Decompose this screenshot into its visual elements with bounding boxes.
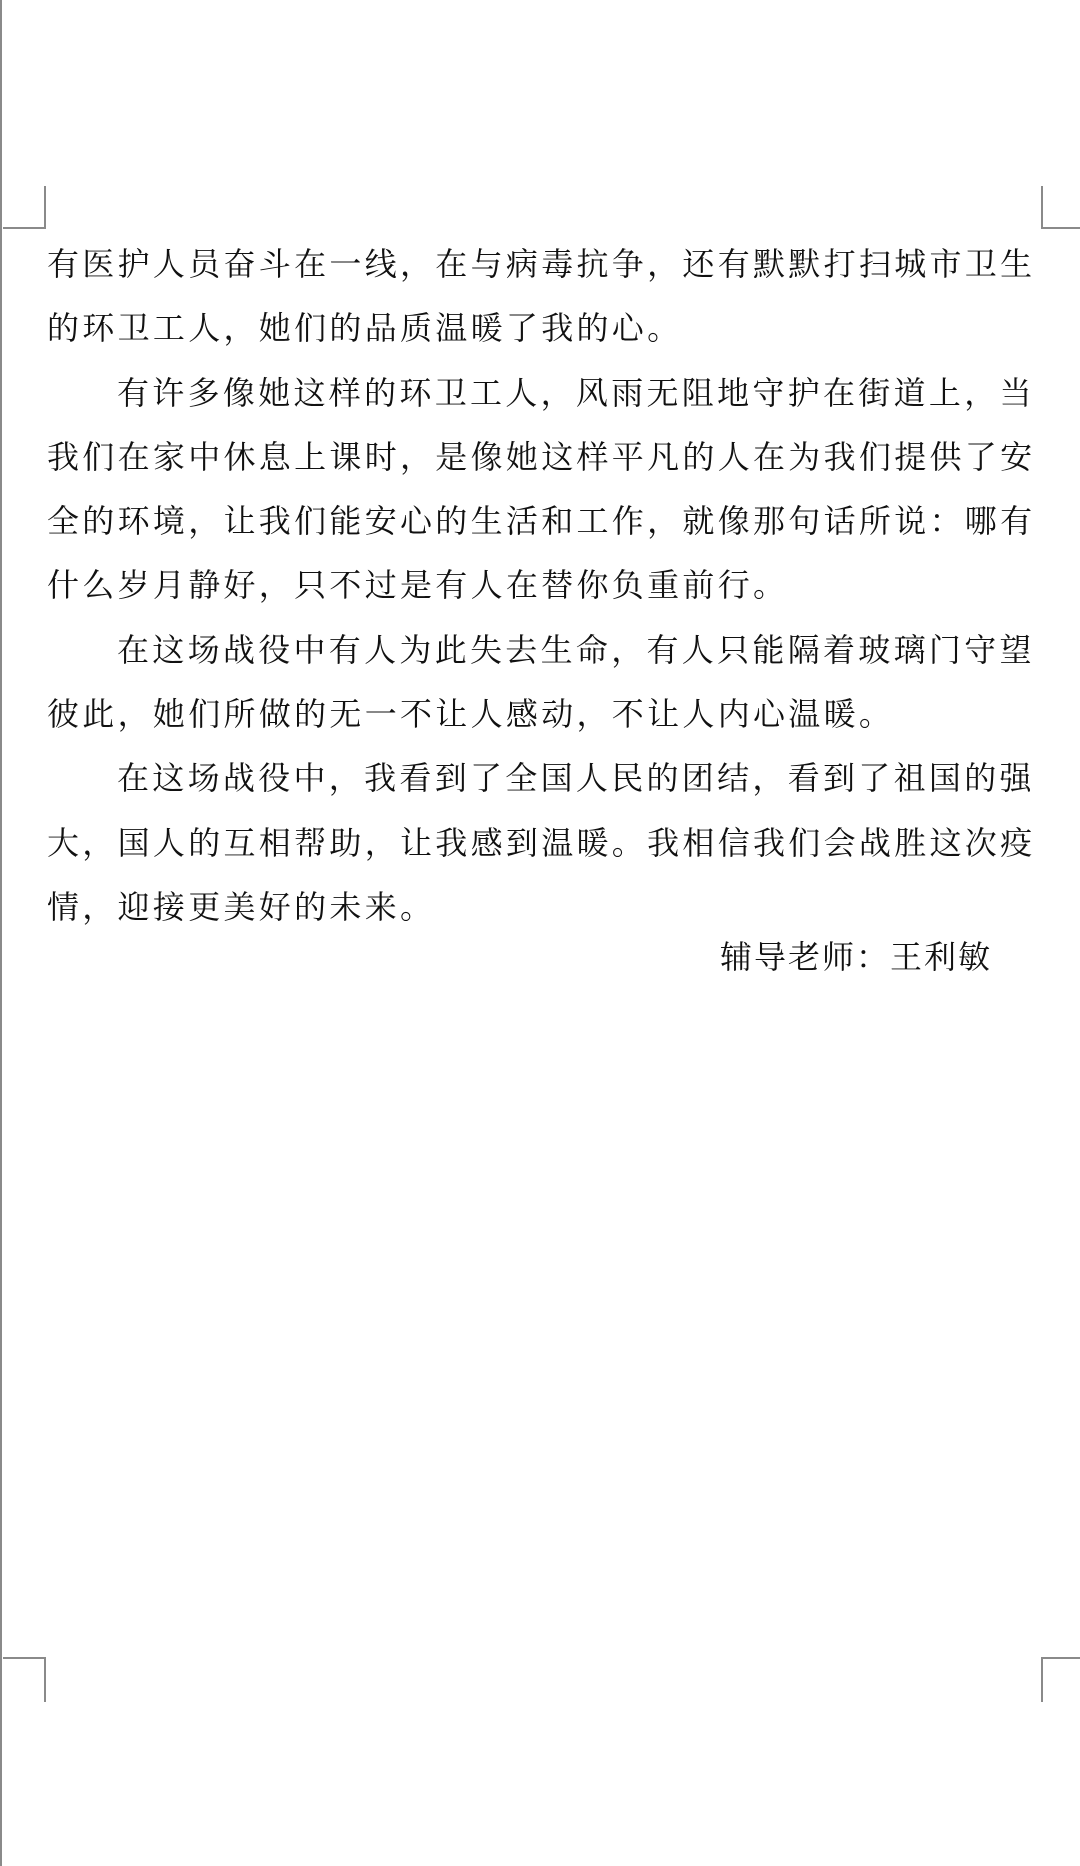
text-line: 什么岁月静好，只不过是有人在替你负重前行。: [47, 553, 1039, 617]
document-body[interactable]: 有医护人员奋斗在一线，在与病毒抗争，还有默默打扫城市卫生 的环卫工人，她们的品质…: [47, 232, 1039, 939]
paragraph-start-line: 有许多像她这样的环卫工人，风雨无阻地守护在街道上，当: [47, 361, 1039, 425]
paragraph-start-line: 在这场战役中，我看到了全国人民的团结，看到了祖国的强: [47, 746, 1039, 810]
text-line: 有医护人员奋斗在一线，在与病毒抗争，还有默默打扫城市卫生: [47, 232, 1039, 296]
text-line: 我们在家中休息上课时，是像她这样平凡的人在为我们提供了安: [47, 425, 1039, 489]
signature: 辅导老师：王利敏: [720, 925, 992, 989]
page-left-edge: [0, 0, 2, 1866]
margin-corner-mark-bottom-left: [3, 1657, 46, 1702]
text-line: 的环卫工人，她们的品质温暖了我的心。: [47, 296, 1039, 360]
text-line: 彼此，她们所做的无一不让人感动，不让人内心温暖。: [47, 682, 1039, 746]
margin-corner-mark-top-left: [3, 186, 46, 229]
text-line: 大，国人的互相帮助，让我感到温暖。我相信我们会战胜这次疫: [47, 811, 1039, 875]
text-line: 全的环境，让我们能安心的生活和工作，就像那句话所说：哪有: [47, 489, 1039, 553]
margin-corner-mark-top-right: [1041, 186, 1080, 229]
margin-corner-mark-bottom-right: [1041, 1657, 1080, 1702]
paragraph-start-line: 在这场战役中有人为此失去生命，有人只能隔着玻璃门守望: [47, 618, 1039, 682]
